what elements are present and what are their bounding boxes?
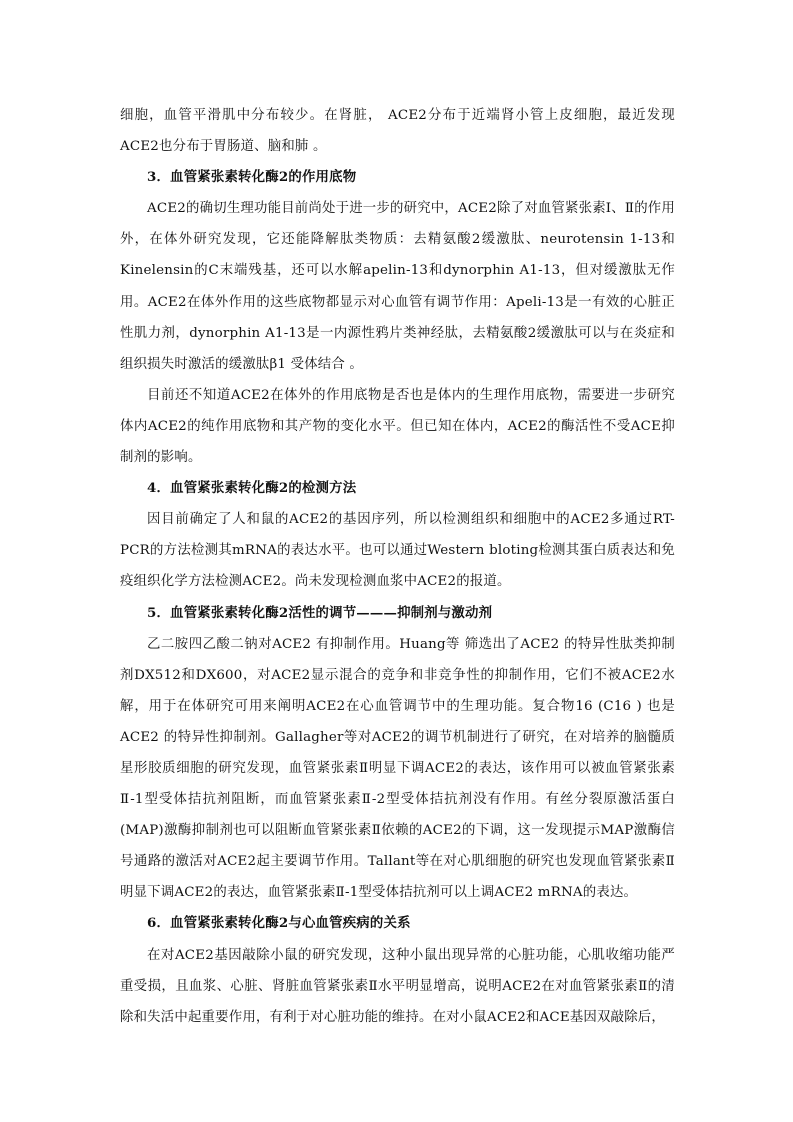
section-heading-6-cardiovascular: 6．血管紧张素转化酶2与心血管疾病的关系 xyxy=(120,908,675,939)
paragraph-ace2-substrates: ACE2的确切生理功能目前尚处于进一步的研究中，ACE2除了对血管紧张素Ⅰ、Ⅱ的… xyxy=(120,193,675,380)
paragraph-ace2-distribution-continued: 细胞，血管平滑肌中分布较少。在肾脏， ACE2分布于近端肾小管上皮细胞，最近发现… xyxy=(120,100,675,162)
section-heading-5-regulation: 5．血管紧张素转化酶2活性的调节———抑制剂与激动剂 xyxy=(120,598,675,629)
section-heading-3-substrates: 3．血管紧张素转化酶2的作用底物 xyxy=(120,162,675,193)
paragraph-inhibitors-activators: 乙二胺四乙酸二钠对ACE2 有抑制作用。Huang等 筛选出了ACE2 的特异性… xyxy=(120,629,675,909)
paragraph-knockout-mice: 在对ACE2基因敲除小鼠的研究发现，这种小鼠出现异常的心脏功能，心肌收缩功能严重… xyxy=(120,940,675,1033)
document-page: 细胞，血管平滑肌中分布较少。在肾脏， ACE2分布于近端肾小管上皮细胞，最近发现… xyxy=(120,100,675,1033)
section-heading-4-detection: 4．血管紧张素转化酶2的检测方法 xyxy=(120,473,675,504)
paragraph-in-vivo-substrates: 目前还不知道ACE2在体外的作用底物是否也是体内的生理作用底物，需要进一步研究体… xyxy=(120,380,675,473)
paragraph-detection-methods: 因目前确定了人和鼠的ACE2的基因序列，所以检测组织和细胞中的ACE2多通过RT… xyxy=(120,504,675,597)
